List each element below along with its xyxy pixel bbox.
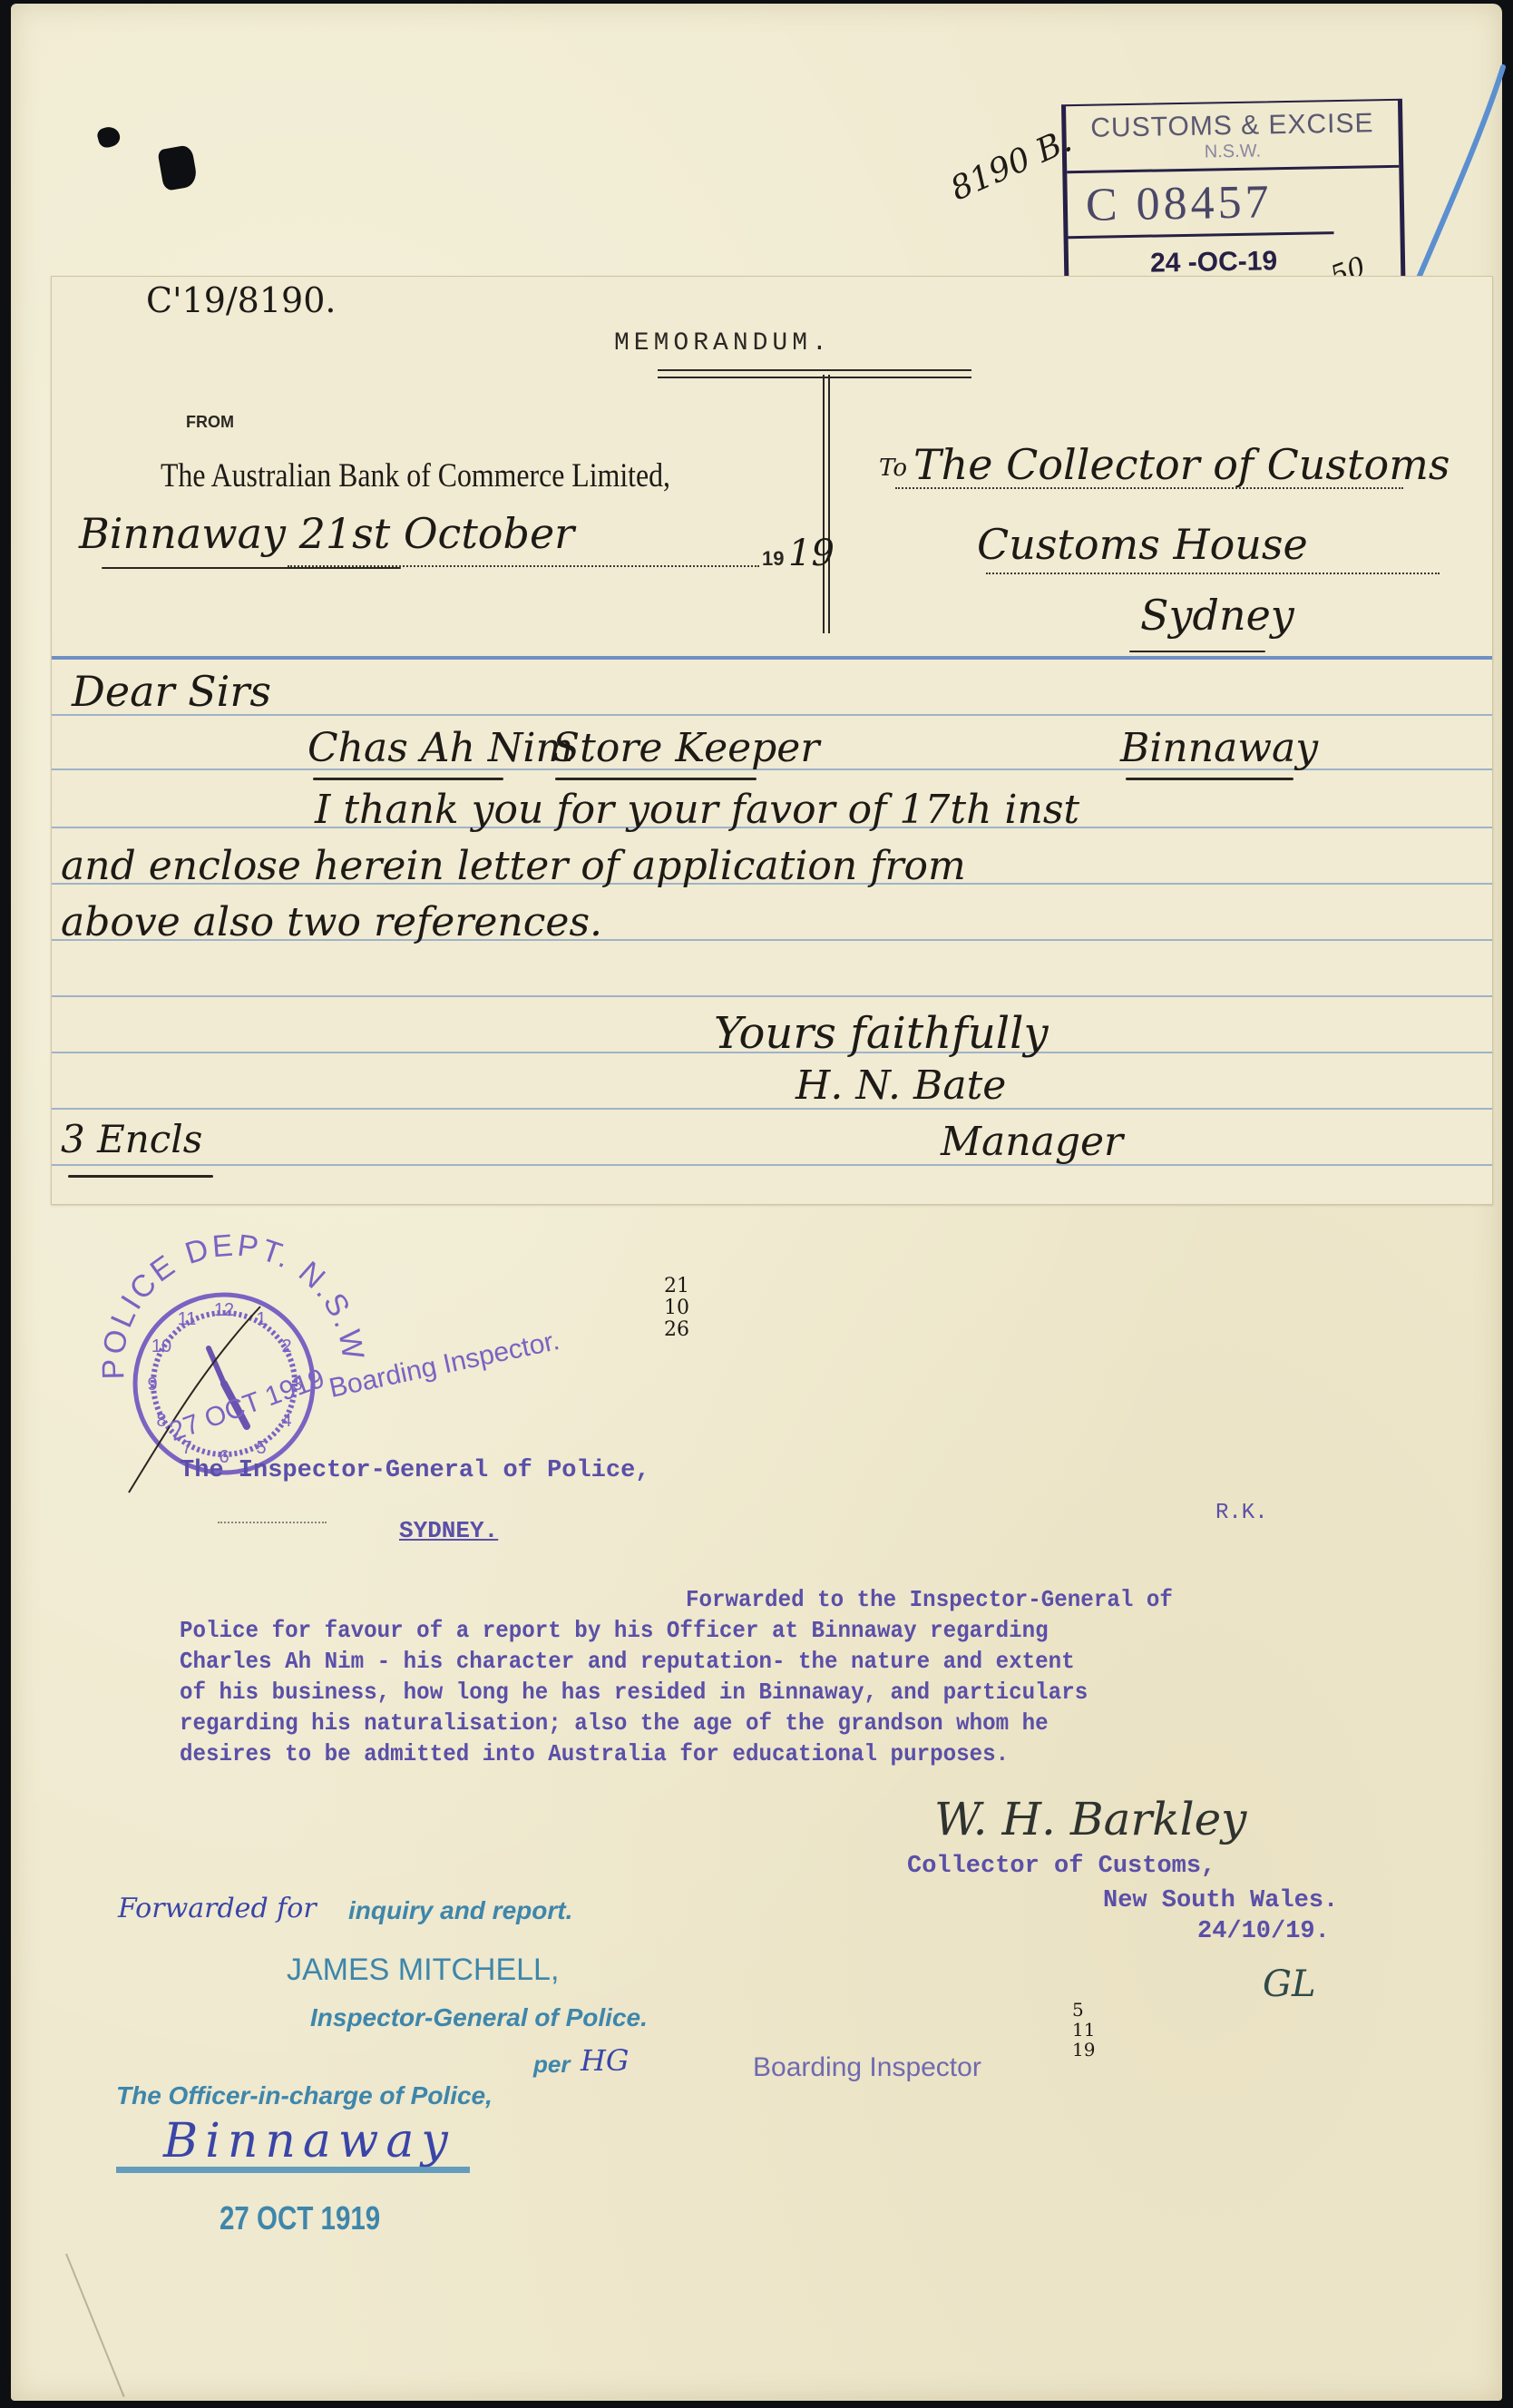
boarding-stamp-2-annotation: 5 11 19 xyxy=(1072,2000,1095,2060)
to-label: To xyxy=(879,455,907,482)
officer-in-charge-line: The Officer-in-charge of Police, xyxy=(116,2081,493,2110)
ruled-line xyxy=(52,1164,1492,1166)
forwarded-handwritten: Forwarded for xyxy=(118,1893,317,1924)
memorandum-sheet: C'19/8190. MEMORANDUM. FROM The Australi… xyxy=(51,276,1493,1205)
to-dotline-2 xyxy=(986,573,1440,574)
per-label: per xyxy=(533,2051,570,2079)
typed-body: Forwarded to the Inspector-General of Po… xyxy=(180,1584,1173,1769)
svg-text:12: 12 xyxy=(214,1300,234,1320)
ruled-line-top xyxy=(52,656,1492,660)
typed-body-line: of his business, how long he has resided… xyxy=(180,1677,1173,1708)
faded-dash xyxy=(218,1522,327,1523)
file-reference-left: C'19/8190. xyxy=(146,280,336,320)
year-prefix: 19 xyxy=(762,547,784,571)
header-divider xyxy=(823,375,830,633)
police-dept-clock-stamp: POLICE DEPT. N.S.W. 1212 345 678 91011 xyxy=(65,1189,392,1497)
svg-text:9: 9 xyxy=(147,1375,157,1395)
svg-text:1: 1 xyxy=(256,1309,266,1329)
to-dotline-1 xyxy=(895,487,1403,489)
punch-hole-right xyxy=(157,144,198,191)
boarding-inspector-stamp-2: Boarding Inspector xyxy=(753,2052,981,2083)
officer-place: Binnaway xyxy=(163,2114,455,2168)
paper-crease xyxy=(65,2254,125,2397)
svg-text:4: 4 xyxy=(281,1411,291,1431)
subject-place-underline xyxy=(1126,778,1293,780)
salutation: Dear Sirs xyxy=(72,667,271,716)
to-address-line-3: Sydney xyxy=(1140,591,1294,640)
svg-text:POLICE DEPT. N.S.W.: POLICE DEPT. N.S.W. xyxy=(65,1189,371,1380)
memorandum-title: MEMORANDUM. xyxy=(614,329,832,357)
svg-text:10: 10 xyxy=(151,1336,171,1356)
subject-occupation-underline xyxy=(555,778,756,780)
enclosures-underline xyxy=(68,1175,213,1178)
place-date-underline xyxy=(102,567,401,569)
from-label: FROM xyxy=(186,413,234,432)
typed-body-line: Police for favour of a report by his Off… xyxy=(180,1615,1173,1646)
svg-text:2: 2 xyxy=(281,1336,291,1356)
closing: Yours faithfully xyxy=(714,1008,1049,1059)
title-double-rule xyxy=(658,369,971,378)
inquiry-stamp: inquiry and report. xyxy=(348,1896,572,1925)
signatory-title: Manager xyxy=(941,1119,1123,1165)
police-chief-name: JAMES MITCHELL, xyxy=(287,1953,559,1988)
ruled-line xyxy=(52,1108,1492,1110)
subject-name-underline xyxy=(313,778,503,780)
year-suffix: 19 xyxy=(788,533,835,574)
to-addressee: The Collector of Customs xyxy=(913,440,1450,489)
police-chief-title: Inspector-General of Police. xyxy=(310,2003,648,2032)
typed-city: SYDNEY. xyxy=(399,1517,498,1544)
subject-name: Chas Ah Nim xyxy=(307,725,573,771)
subject-place: Binnaway xyxy=(1120,725,1318,771)
document-page: 8190 B. CUSTOMS & EXCISE N.S.W. C 08457 … xyxy=(11,4,1502,2401)
margin-initials: GL xyxy=(1263,1963,1316,2005)
collector-date: 24/10/19. xyxy=(1197,1918,1330,1945)
enclosures: 3 Encls xyxy=(61,1117,202,1161)
boarding-stamp-1-annotation: 21 10 26 xyxy=(664,1276,689,1341)
collector-title: Collector of Customs, xyxy=(907,1853,1215,1880)
sydney-underline xyxy=(1129,651,1265,652)
typed-body-line: Forwarded to the Inspector-General of xyxy=(180,1584,1173,1615)
body-line-1: I thank you for your favor of 17th inst xyxy=(315,787,1079,833)
body-line-2: and enclose herein letter of application… xyxy=(61,843,966,889)
typed-body-line: Charles Ah Nim - his character and reput… xyxy=(180,1646,1173,1677)
collector-state: New South Wales. xyxy=(1103,1887,1338,1914)
svg-text:11: 11 xyxy=(178,1309,197,1329)
from-organization: The Australian Bank of Commerce Limited, xyxy=(161,456,670,495)
punch-hole-left xyxy=(96,124,122,149)
ruled-line xyxy=(52,995,1492,997)
typed-body-line: desires to be admitted into Australia fo… xyxy=(180,1738,1173,1769)
signature: H. N. Bate xyxy=(796,1062,1006,1109)
police-received-date: 27 OCT 1919 xyxy=(220,2199,380,2237)
body-line-3: above also two references. xyxy=(61,899,602,945)
from-place-date: Binnaway 21st October xyxy=(79,509,574,558)
subject-occupation: Store Keeper xyxy=(552,725,819,771)
svg-text:5: 5 xyxy=(256,1438,266,1458)
typed-initials: R.K. xyxy=(1215,1501,1268,1525)
to-address-line-2: Customs House xyxy=(977,520,1308,569)
typed-addressee: The Inspector-General of Police, xyxy=(180,1457,649,1484)
officer-place-rule xyxy=(116,2167,470,2173)
typed-body-line: regarding his naturalisation; also the a… xyxy=(180,1708,1173,1738)
collector-signature: W. H. Barkley xyxy=(934,1793,1246,1845)
per-initials: HG xyxy=(581,2043,629,2078)
file-reference-top: 8190 B. xyxy=(945,122,1077,209)
police-stamp-ring-text: POLICE DEPT. N.S.W. xyxy=(65,1189,371,1380)
